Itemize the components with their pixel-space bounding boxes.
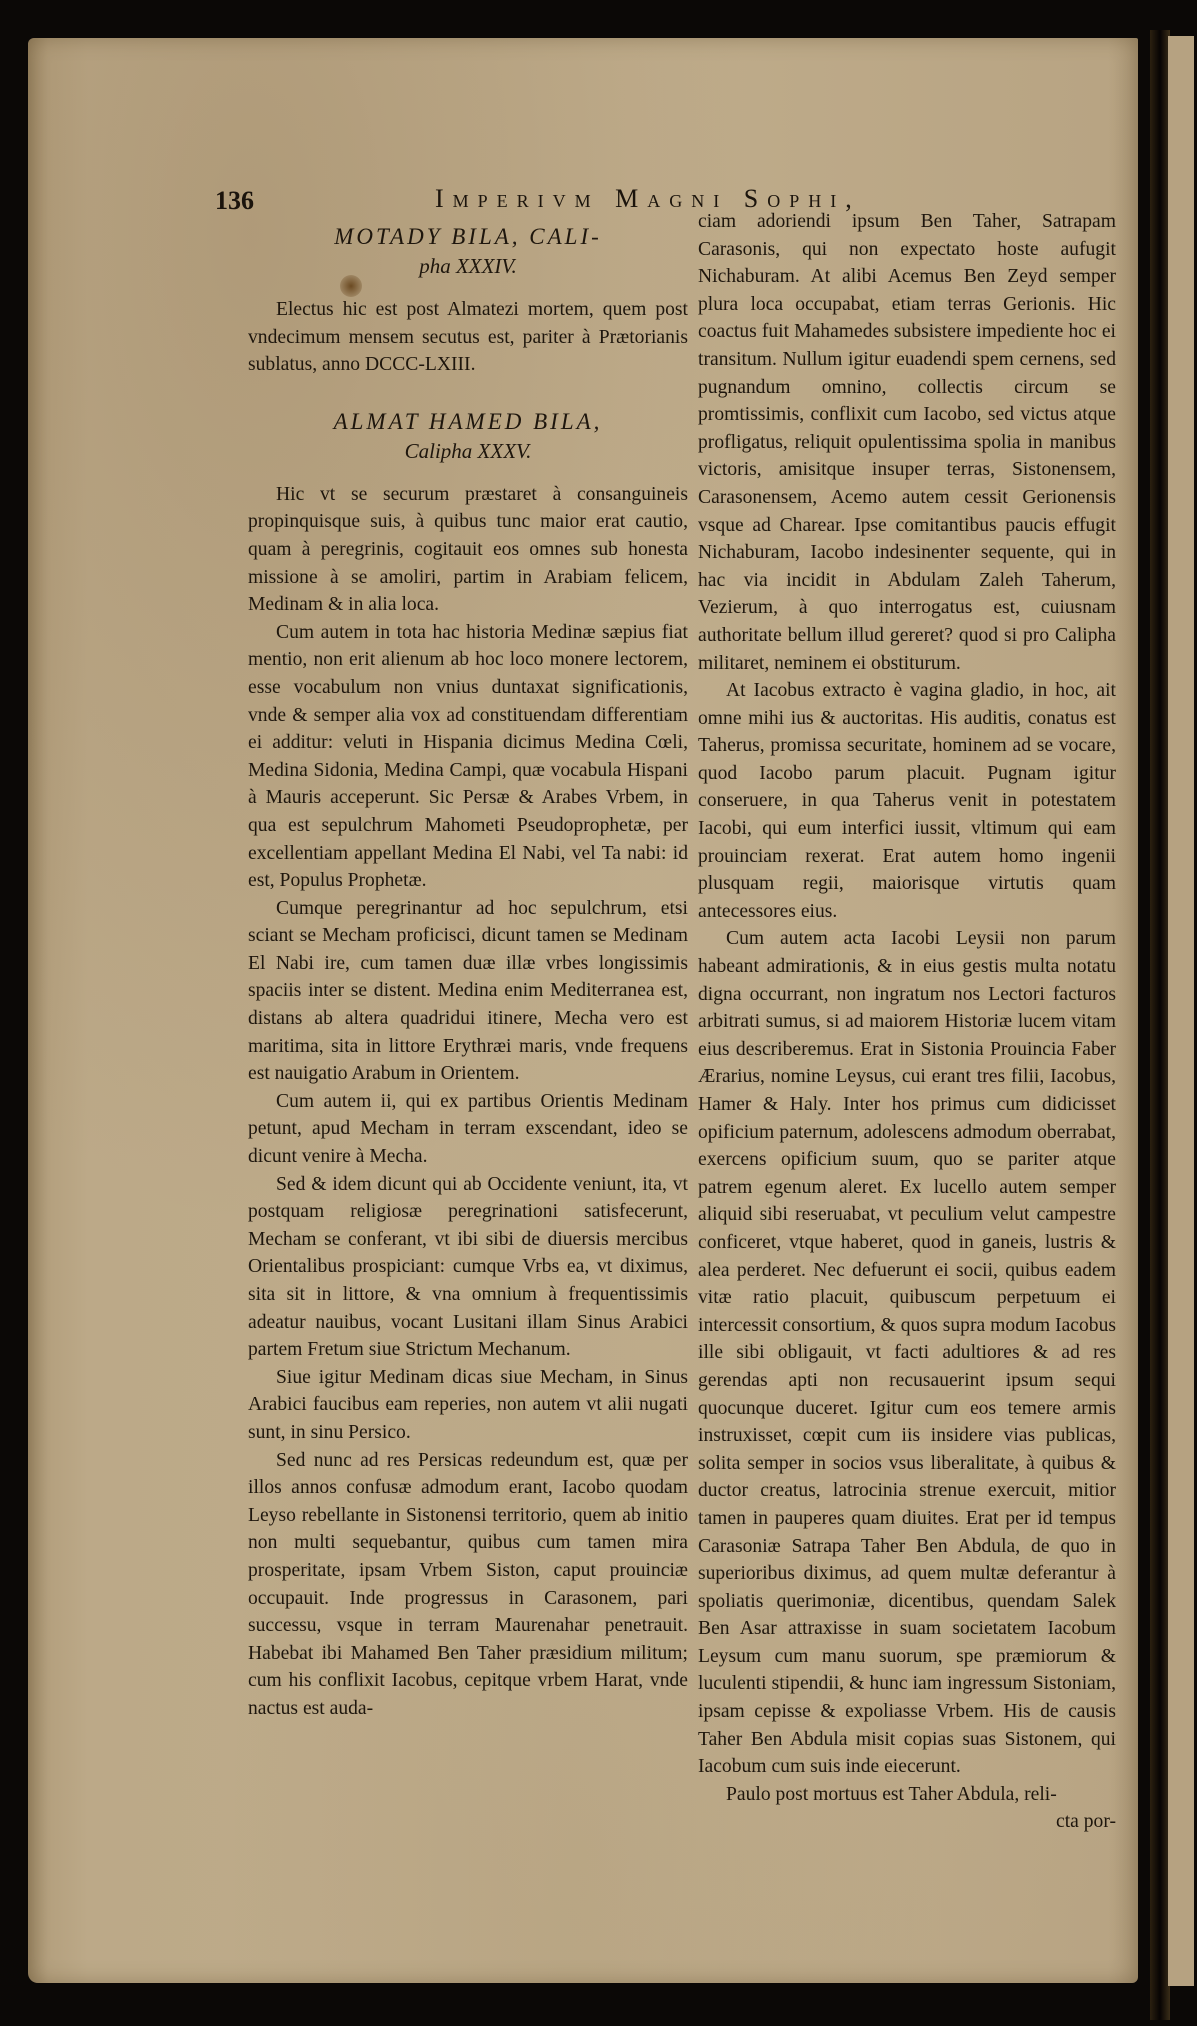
page-number: 136 xyxy=(215,186,254,216)
section-subheading: Calipha XXXV. xyxy=(248,437,688,465)
paragraph: Paulo post mortuus est Taher Abdula, rel… xyxy=(698,1781,1116,1809)
paragraph: ciam adoriendi ipsum Ben Taher, Satrapam… xyxy=(698,208,1116,677)
paragraph: Cum autem ii, qui ex partibus Orientis M… xyxy=(248,1088,688,1171)
paragraph: Cum autem acta Iacobi Leysii non parum h… xyxy=(698,925,1116,1780)
catchword: cta por- xyxy=(698,1808,1116,1836)
facing-page-edge xyxy=(1168,36,1194,1986)
paragraph: Siue igitur Medinam dicas siue Mecham, i… xyxy=(248,1364,688,1447)
paragraph: Sed nunc ad res Persicas redeundum est, … xyxy=(248,1447,688,1723)
paragraph: Cumque peregrinantur ad hoc sepulchrum, … xyxy=(248,895,688,1088)
paragraph: Hic vt se securum præstaret à consanguin… xyxy=(248,481,688,619)
section-heading: MOTADY BILA, CALI- xyxy=(248,222,688,252)
paragraph: Sed & idem dicunt qui ab Occidente veniu… xyxy=(248,1171,688,1364)
book-gutter xyxy=(1150,30,1170,2020)
right-column: ciam adoriendi ipsum Ben Taher, Satrapam… xyxy=(698,208,1116,1836)
left-column: MOTADY BILA, CALI- pha XXXIV. Electus hi… xyxy=(248,222,688,1723)
paragraph: Electus hic est post Almatezi mortem, qu… xyxy=(248,296,688,379)
paragraph: Cum autem in tota hac historia Medinæ sæ… xyxy=(248,619,688,895)
paragraph: At Iacobus extracto è vagina gladio, in … xyxy=(698,677,1116,925)
section-heading: ALMAT HAMED BILA, xyxy=(248,407,688,437)
section-subheading: pha XXXIV. xyxy=(248,252,688,280)
